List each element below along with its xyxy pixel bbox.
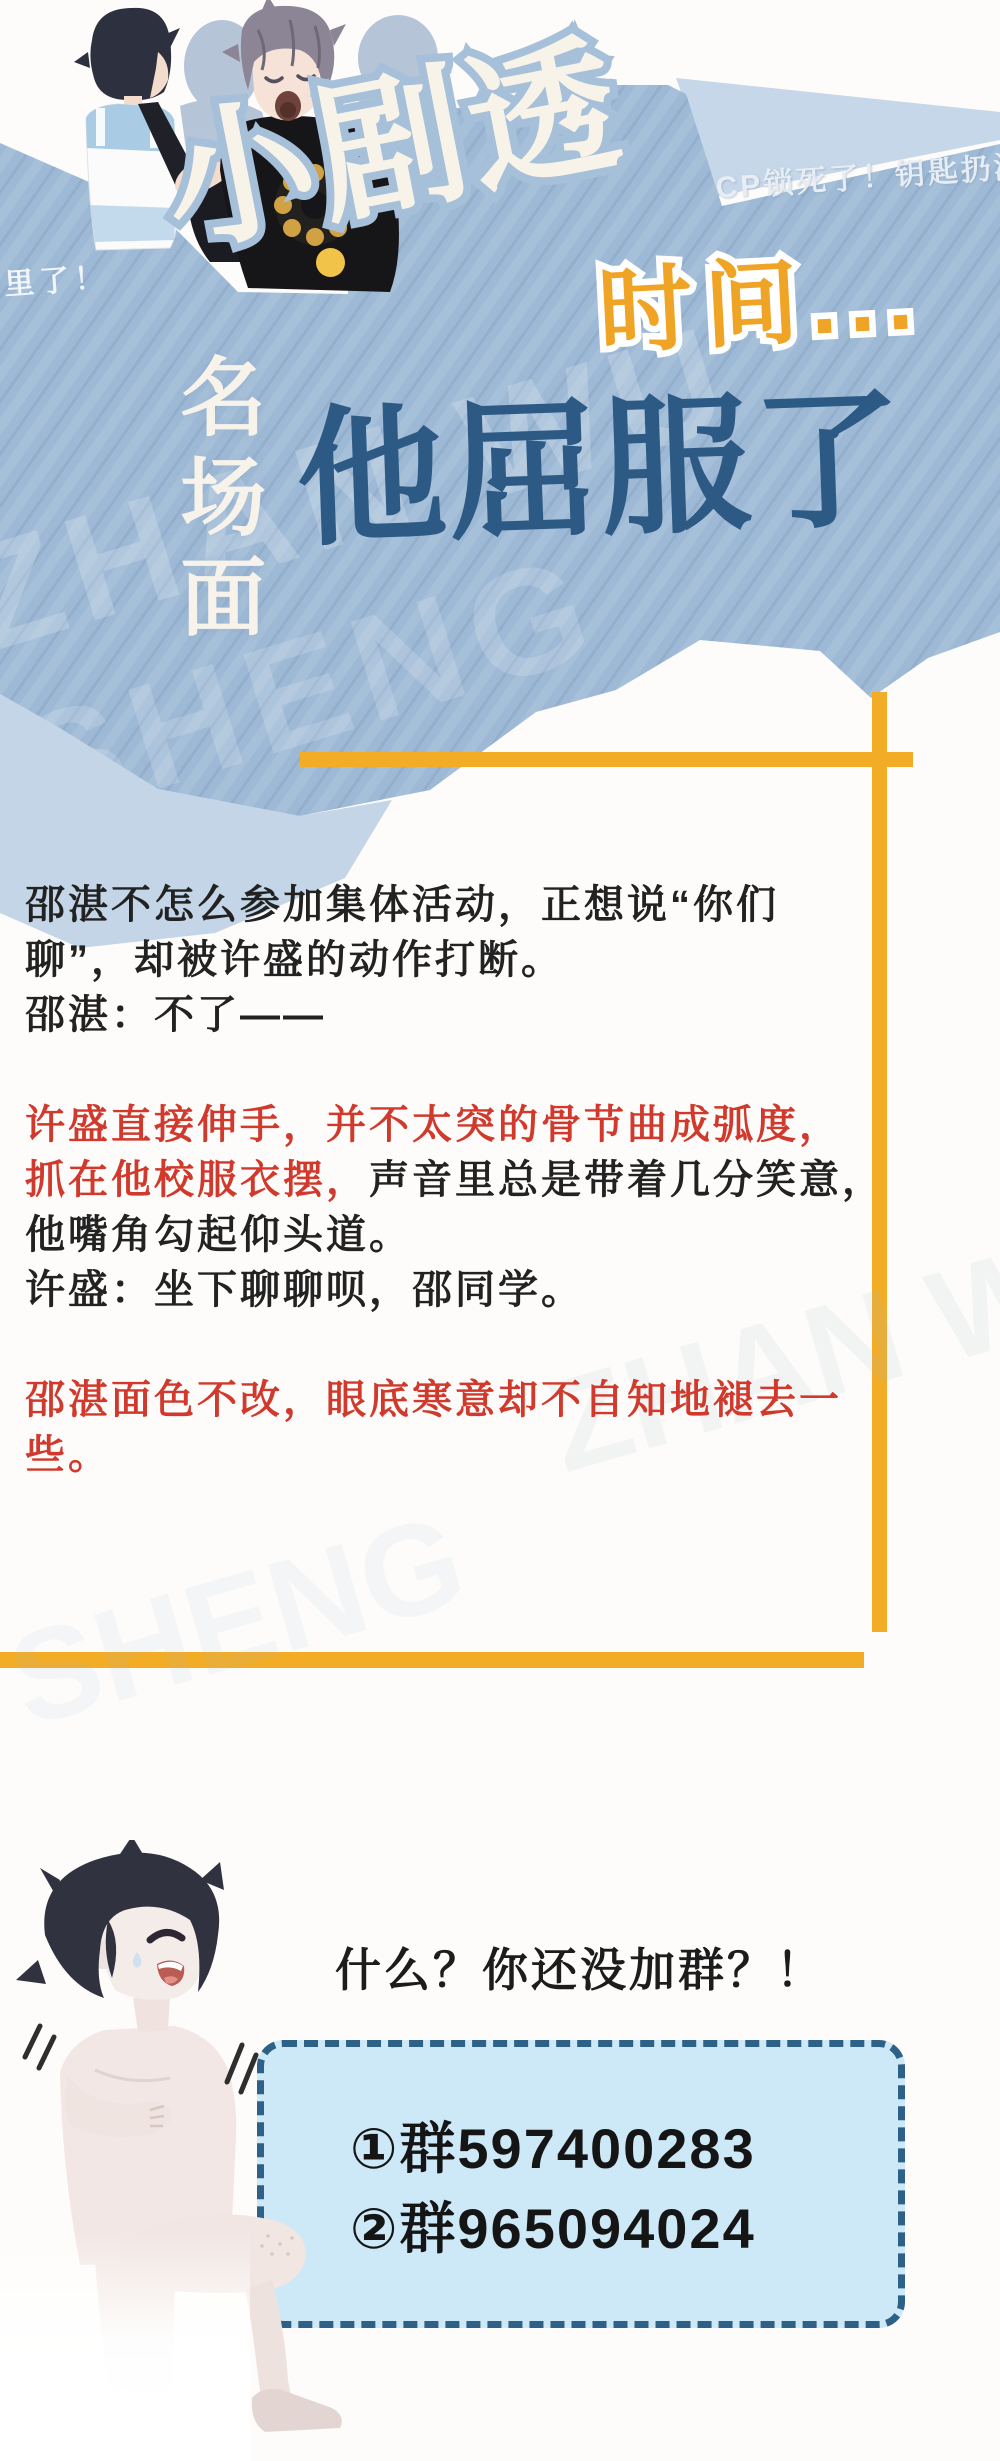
text-segment-black: 声音里总是带着几分笑意， [369, 1158, 885, 1202]
text-segment-black: 聊”，却被许盛的动作打断。 [25, 938, 564, 982]
text-line: 邵湛：不了—— [25, 988, 885, 1043]
text-line: 许盛：坐下聊聊呗，邵同学。 [25, 1263, 885, 1318]
rule-line-bottom [0, 1652, 864, 1668]
text-segment-red: 抓在他校服衣摆， [25, 1158, 369, 1202]
text-segment-red: 邵湛面色不改，眼底寒意却不自知地褪去一 [25, 1378, 842, 1422]
cp-note-left: 里了！ [3, 252, 111, 303]
text-segment-black: 许盛：坐下聊聊呗，邵同学。 [25, 1268, 584, 1312]
text-segment-black: 他嘴角勾起仰头道。 [25, 1213, 412, 1257]
text-line: 他嘴角勾起仰头道。 [25, 1208, 885, 1263]
text-segment-red: 些。 [25, 1433, 111, 1477]
text-segment-black: 邵湛：不了—— [25, 993, 326, 1037]
text-line: 邵湛不怎么参加集体活动，正想说“你们 [25, 878, 885, 933]
footer-character [0, 1840, 360, 2461]
footer-heading: 什么？你还没加群？！ [335, 1934, 825, 2000]
text-line [25, 1318, 885, 1373]
title-sub: 时间... 时间... [596, 249, 927, 360]
spoiler-poster: ZHAN WU SHENG [0, 0, 1000, 2461]
text-line: 聊”，却被许盛的动作打断。 [25, 933, 885, 988]
title-sub-fill: 时间... [596, 243, 927, 365]
text-segment-black: 邵湛不怎么参加集体活动，正想说“你们 [25, 883, 779, 927]
title-big: 他屈服了 [294, 381, 907, 560]
title-vertical: 名场面 [170, 352, 260, 652]
text-line: 邵湛面色不改，眼底寒意却不自知地褪去一 [25, 1373, 885, 1428]
text-line [25, 1043, 885, 1098]
text-line: ①群597400283 [350, 2109, 898, 2189]
story-text: 邵湛不怎么参加集体活动，正想说“你们聊”，却被许盛的动作打断。邵湛：不了——许盛… [25, 878, 885, 1483]
text-line: 些。 [25, 1428, 885, 1483]
watermark-faint-2: SHENG [0, 1484, 480, 1756]
rule-line-top [300, 752, 913, 767]
text-line: 许盛直接伸手，并不太突的骨节曲成弧度， [25, 1098, 885, 1153]
footer-character-body [0, 1840, 342, 2461]
yellow-dot-accent [316, 248, 345, 277]
text-line: ②群965094024 [350, 2189, 898, 2269]
text-segment-red: 许盛直接伸手，并不太突的骨节曲成弧度， [25, 1103, 842, 1147]
text-line: 抓在他校服衣摆，声音里总是带着几分笑意， [25, 1153, 885, 1208]
